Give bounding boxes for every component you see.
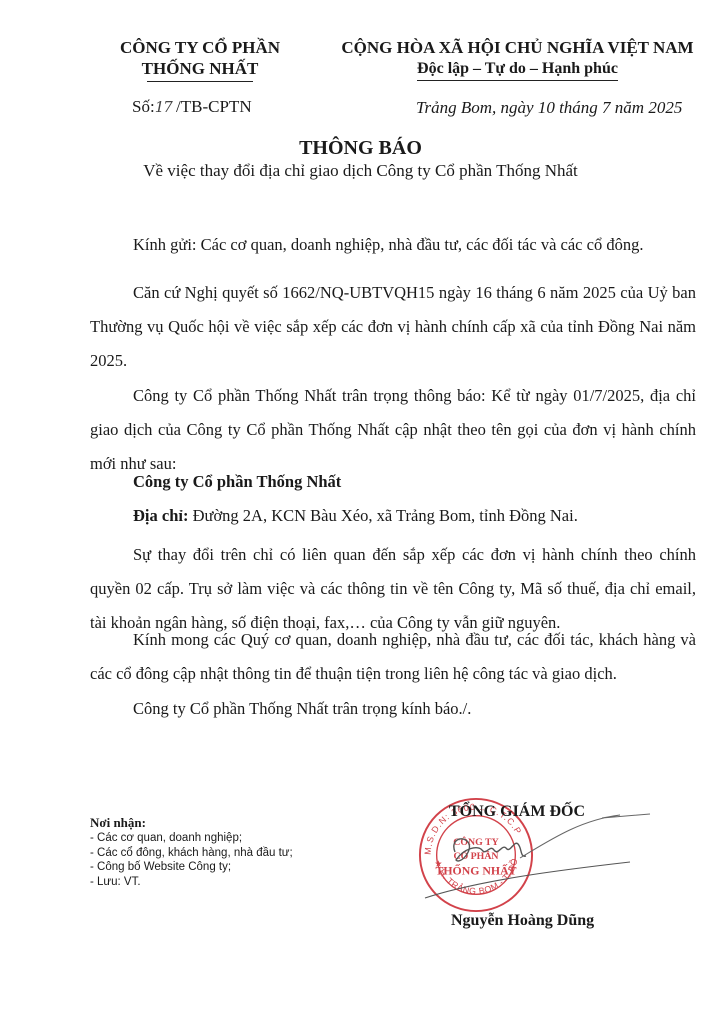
- national-title: CỘNG HÒA XÃ HỘI CHỦ NGHĨA VIỆT NAM: [320, 37, 715, 58]
- issuer-block: CÔNG TY CỔ PHẦN THỐNG NHẤT: [100, 37, 300, 82]
- signer-name: Nguyễn Hoàng Dũng: [451, 912, 594, 930]
- number-suffix: /TB-CPTN: [176, 97, 252, 116]
- place-date: Trảng Bom, ngày 10 tháng 7 năm 2025: [416, 98, 682, 118]
- recipient-item: - Lưu: VT.: [90, 875, 293, 890]
- greeting: Kính gửi: Các cơ quan, doanh nghiệp, nhà…: [90, 228, 696, 262]
- national-header: CỘNG HÒA XÃ HỘI CHỦ NGHĨA VIỆT NAM Độc l…: [320, 37, 715, 81]
- recipient-item: - Công bố Website Công ty;: [90, 860, 293, 875]
- number-prefix: Số:: [132, 97, 155, 116]
- address-line: Địa chỉ: Đường 2A, KCN Bàu Xéo, xã Trảng…: [90, 499, 696, 533]
- recipients-list: - Các cơ quan, doanh nghiệp; - Các cổ đô…: [90, 831, 293, 889]
- recipients-title: Nơi nhận:: [90, 815, 146, 831]
- address-value: Đường 2A, KCN Bàu Xéo, xã Trảng Bom, tỉn…: [193, 506, 578, 525]
- issuer-underline: [147, 81, 253, 82]
- issuer-name-line2: THỐNG NHẤT: [100, 58, 300, 79]
- recipient-item: - Các cơ quan, doanh nghiệp;: [90, 831, 293, 846]
- document-subtitle: Về việc thay đổi địa chỉ giao dịch Công …: [0, 161, 721, 181]
- paragraph-request: Kính mong các Quý cơ quan, doanh nghiệp,…: [90, 623, 696, 691]
- national-motto: Độc lập – Tự do – Hạnh phúc: [417, 58, 618, 81]
- paragraph-legal-basis: Căn cứ Nghị quyết số 1662/NQ-UBTVQH15 ng…: [90, 276, 696, 378]
- document-title: THÔNG BÁO: [0, 137, 721, 160]
- company-name: Công ty Cổ phần Thống Nhất: [90, 465, 696, 499]
- handwritten-number: 17: [155, 98, 172, 116]
- closing-line: Công ty Cổ phần Thống Nhất trân trọng kí…: [90, 692, 696, 726]
- address-label: Địa chỉ:: [133, 506, 188, 525]
- handwritten-signature-icon: [420, 800, 660, 900]
- document-number: Số:17 /TB-CPTN: [132, 97, 252, 117]
- recipient-item: - Các cổ đông, khách hàng, nhà đầu tư;: [90, 846, 293, 861]
- issuer-name-line1: CÔNG TY CỔ PHẦN: [100, 37, 300, 58]
